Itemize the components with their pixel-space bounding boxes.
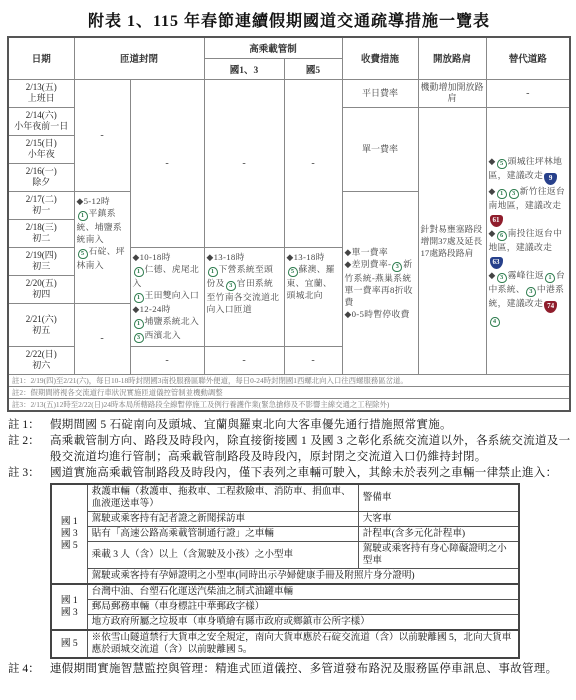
note-2: 註 2： 高乘載管制方向、路段及時段內，除直接銜接國 1 及國 3 之彰化系統交… [8,433,571,465]
shoulder-flexible-cell: 機動增加開放路肩 [418,79,486,107]
col-header-hwy-5: 國5 [284,58,342,79]
provincial-route-shield-icon: 63 [490,257,503,269]
content-line: 1仁德、虎尾北入 [133,263,202,289]
text-segment: ◆ [489,228,496,238]
content-line: 5石碇、坪林南入 [77,245,128,271]
national-route-blossom-icon: 1 [134,267,144,277]
date-cell: 2/20(五)初四 [8,275,74,303]
content-line: 1下營系統至頭份及3官田系統至竹南各交流道北向入口匝道 [207,263,282,315]
date-cell: 2/19(四)初三 [8,247,74,275]
group-label-hwy-5: 國 5 [51,630,87,658]
vehicle-cell: 駕駛或乘客持有身心障礙證明之小型車 [358,541,519,568]
content-line: ◆單一費率 [345,246,416,258]
national-route-blossom-icon: 3 [226,281,236,291]
table-footnote-3: 註3：2/13(五)12時至2/22(日)24時本局所轄路段全線暫停施工及例行養… [8,398,570,411]
text-segment: ◆ [489,156,496,166]
vehicle-cell: 駕駛或乘客持有記者證之新聞採訪車 [87,511,358,526]
text-segment: ◆10-18時 [133,252,171,262]
content-line: ◆13-18時 [287,251,340,263]
table-row: 駕駛或乘客持有記者證之新聞採訪車 大客車 [51,511,519,526]
text-segment: 西濱北入 [145,330,181,340]
national-route-blossom-icon: 6 [497,231,507,241]
col-header-ramp-closure: 匝道封閉 [74,37,204,79]
table-row: 乘載 3 人（含）以上（含駕駛及小孩）之小型車 駕駛或乘客持有身心障礙證明之小型… [51,541,519,568]
note-1-text: 假期間國 5 石碇南向及頭城、宜蘭與羅東北向大客車優先通行措施照常實施。 [50,417,571,433]
national-route-blossom-icon: 3 [497,273,507,283]
content-line: 1王田雙向入口 [133,289,202,303]
table-footnote-row: 註3：2/13(五)12時至2/22(日)24時本局所轄路段全線暫停施工及例行養… [8,398,570,411]
provincial-route-shield-icon: 61 [490,215,503,227]
shoulder-main-cell: 針對易壅塞路段增開37處及延長17處路段路肩 [418,107,486,374]
group-label-hwy-1-3-5: 國 1 國 3 國 5 [51,484,87,584]
vehicle-cell: 台灣中油、台塑石化運送汽柴油之制式油罐車輛 [87,584,519,600]
content-line: 5蘇澳、羅東、宜蘭、頭城北向 [287,263,340,301]
vehicle-cell: 駕駛或乘客持有孕婦證明之小型車(同時出示孕婦健康手冊及附照片身分證明) [87,568,519,584]
text-segment: ◆12-24時 [133,304,171,314]
text-segment: ◆13-18時 [287,252,325,262]
table-footnote-1: 註1：2/19(四)至2/21(六)，每日10-18時封閉國3南投服務區聯外便道… [8,374,570,386]
notes-section: 註 1： 假期間國 5 石碇南向及頭城、宜蘭與羅東北向大客車優先通行措施照常實施… [8,417,571,677]
note-2-text: 高乘載管制方向、路段及時段內，除直接銜接國 1 及國 3 之彰化系統交流道以外，… [50,433,571,465]
note-4-label: 註 4： [8,661,50,677]
content-line: ◆3霧峰往返1台中系統、3中港系統，建議改走744 [489,269,568,327]
table-row: 貼有「高速公路高乘載管制通行證」之車輛 計程車(含多元化計程車) [51,526,519,541]
vehicle-cell: 郵局郵務車輛（車身標註中華郵政字樣） [87,599,519,614]
vehicle-cell: 地方政府所屬之垃圾車（車身噴繪有縣市政府或鄉鎮市公所字樣） [87,614,519,630]
content-line: 1埔鹽系統北入 [133,315,202,329]
table-row: 2/13(五)上班日 - - - - 平日費率 機動增加開放路肩 - [8,79,570,107]
note-4: 註 4： 連假期間實施智慧監控與管理：精進式匝道儀控、多管道發布路況及服務區停車… [8,661,571,677]
toll-single-rate-cell: 單一費率 [342,107,418,191]
table-row: 國 1 國 3 台灣中油、台塑石化運送汽柴油之制式油罐車輛 [51,584,519,600]
note-3: 註 3： 國道實施高乘載管制路段及時段內，僅下表列之車輛可駛入，其餘未於表列之車… [8,465,571,481]
page-title: 附表 1、115 年春節連續假期國道交通疏導措施一覽表 [7,6,571,36]
text-segment: ◆0-5時暫停收費 [345,309,410,319]
ramp-closure-a-detail-cell: ◆5-12時1平鎮系統、埔鹽系統南入5石碇、坪林南入 [74,191,130,303]
table-row: 國 5 ※依雪山隧道禁行大貨車之安全規定，南向大貨車應於石碇交流道（含）以前駛離… [51,630,519,658]
allowed-vehicles-table: 國 1 國 3 國 5 救護車輛（救護車、拖救車、工程救險車、消防車、捐血車、血… [50,483,520,659]
note-4-text: 連假期間實施智慧監控與管理：精進式匝道儀控、多管道發布路況及服務區停車訊息、事故… [50,661,571,677]
table-footnote-row: 註1：2/19(四)至2/21(六)，每日10-18時封閉國3南投服務區聯外便道… [8,374,570,386]
col-header-hov-control: 高乘載管制 [204,37,342,58]
text-segment: ◆差別費率- [345,259,392,269]
col-header-toll: 收費措施 [342,37,418,79]
content-line: 3西濱北入 [133,329,202,343]
national-route-blossom-icon: 1 [134,293,144,303]
hov-1-3-none: - [204,79,284,247]
alternative-routes-cell: ◆5頭城往坪林地區，建議改走9◆13新竹往返台南地區，建議改走61◆6南投往返台… [486,107,570,374]
national-route-blossom-icon: 3 [509,189,519,199]
table-row: 郵局郵務車輛（車身標註中華郵政字樣） [51,599,519,614]
content-line: ◆13新竹往返台南地區，建議改走61 [489,185,568,227]
date-cell: 2/22(日)初六 [8,346,74,374]
text-segment: ◆ [489,270,496,280]
vehicle-cell: 計程車(含多元化計程車) [358,526,519,541]
note-1: 註 1： 假期間國 5 石碇南向及頭城、宜蘭與羅東北向大客車優先通行措施照常實施… [8,417,571,433]
note-3-text: 國道實施高乘載管制路段及時段內，僅下表列之車輛可駛入，其餘未於表列之車輛一律禁止… [50,465,571,481]
table-row: 國 1 國 3 國 5 救護車輛（救護車、拖救車、工程救險車、消防車、捐血車、血… [51,484,519,512]
national-route-blossom-icon: 1 [545,273,555,283]
content-line: ◆5-12時 [77,195,128,207]
date-cell: 2/17(二)初一 [8,191,74,219]
col-header-shoulder: 開放路肩 [418,37,486,79]
date-cell: 2/14(六)小年夜前一日 [8,107,74,135]
date-cell: 2/21(六)初五 [8,303,74,346]
note-3-label: 註 3： [8,465,50,481]
alternative-none: - [486,79,570,107]
text-segment: 王田雙向入口 [145,290,200,300]
text-segment: ◆5-12時 [77,196,111,206]
ramp-closure-a-none: - [74,303,130,374]
toll-holiday-cell: ◆單一費率◆差別費率-3新竹系統-燕巢系統單一費率再8折收費◆0-5時暫停收費 [342,191,418,374]
national-route-blossom-icon: 5 [78,249,88,259]
col-header-date: 日期 [8,37,74,79]
vehicle-cell: ※依雪山隧道禁行大貨車之安全規定，南向大貨車應於石碇交流道（含）以前駛離國 5，… [87,630,519,658]
national-route-blossom-icon: 1 [78,211,88,221]
traffic-measures-table: 日期 匝道封閉 高乘載管制 收費措施 開放路肩 替代道路 國1、3 國5 2/1… [7,36,571,412]
ramp-closure-a-none: - [74,79,130,191]
national-route-blossom-icon: 1 [208,267,218,277]
national-route-blossom-icon: 3 [392,262,402,272]
national-route-blossom-icon: 3 [134,333,144,343]
note-1-label: 註 1： [8,417,50,433]
date-cell: 2/16(一)除夕 [8,163,74,191]
national-route-blossom-icon: 1 [497,189,507,199]
note-2-label: 註 2： [8,433,50,465]
hov-1-3-detail-cell: ◆13-18時1下營系統至頭份及3官田系統至竹南各交流道北向入口匝道 [204,247,284,346]
national-route-blossom-icon: 4 [490,317,500,327]
text-segment: 埔鹽系統北入 [145,316,200,326]
col-header-hwy-1-3: 國1、3 [204,58,284,79]
ramp-closure-b-none: - [130,79,204,247]
content-line: ◆10-18時 [133,251,202,263]
document-page: 附表 1、115 年春節連續假期國道交通疏導措施一覽表 日期 匝道封閉 高乘載管… [0,0,576,677]
text-segment: ◆ [489,186,496,196]
national-route-blossom-icon: 5 [288,267,298,277]
date-cell: 2/15(日)小年夜 [8,135,74,163]
content-line: ◆13-18時 [207,251,282,263]
hov-5-detail-cell: ◆13-18時5蘇澳、羅東、宜蘭、頭城北向 [284,247,342,346]
ramp-closure-b-detail-cell: ◆10-18時1仁德、虎尾北入1王田雙向入口◆12-24時1埔鹽系統北入3西濱北… [130,247,204,346]
group-label-hwy-1-3: 國 1 國 3 [51,584,87,630]
vehicle-cell: 乘載 3 人（含）以上（含駕駛及小孩）之小型車 [87,541,358,568]
national-route-blossom-icon: 5 [497,159,507,169]
table-footnote-row: 註2：假期間將視各交流道行車狀況實施匝道儀控管制並機動調整 [8,386,570,398]
content-line: ◆12-24時 [133,303,202,315]
content-line: ◆6南投往返台中地區，建議改走63 [489,227,568,269]
content-line: ◆5頭城往坪林地區，建議改走9 [489,155,568,185]
hov-5-none: - [284,79,342,247]
vehicle-cell: 大客車 [358,511,519,526]
national-route-blossom-icon: 1 [134,319,144,329]
vehicle-cell: 貼有「高速公路高乘載管制通行證」之車輛 [87,526,358,541]
toll-weekday-cell: 平日費率 [342,79,418,107]
provincial-route-shield-icon: 74 [544,301,557,313]
col-header-alternative: 替代道路 [486,37,570,79]
text-segment: 霧峰往返 [508,270,544,280]
content-line: ◆0-5時暫停收費 [345,308,416,320]
content-line: 1平鎮系統、埔鹽系統南入 [77,207,128,245]
date-cell: 2/13(五)上班日 [8,79,74,107]
vehicle-cell: 警備車 [358,484,519,512]
table-footnote-2: 註2：假期間將視各交流道行車狀況實施匝道儀控管制並機動調整 [8,386,570,398]
table-row: 地方政府所屬之垃圾車（車身噴繪有縣市政府或鄉鎮市公所字樣） [51,614,519,630]
hov-1-3-none: - [204,346,284,374]
vehicle-cell: 救護車輛（救護車、拖救車、工程救險車、消防車、捐血車、血液運送車等） [87,484,358,512]
provincial-route-shield-icon: 9 [544,173,557,185]
hov-5-none: - [284,346,342,374]
ramp-closure-b-none: - [130,346,204,374]
text-segment: ◆13-18時 [207,252,245,262]
date-cell: 2/18(三)初二 [8,219,74,247]
national-route-blossom-icon: 3 [526,287,536,297]
text-segment: ◆單一費率 [345,247,388,257]
content-line: ◆差別費率-3新竹系統-燕巢系統單一費率再8折收費 [345,258,416,308]
table-row: 駕駛或乘客持有孕婦證明之小型車(同時出示孕婦健康手冊及附照片身分證明) [51,568,519,584]
